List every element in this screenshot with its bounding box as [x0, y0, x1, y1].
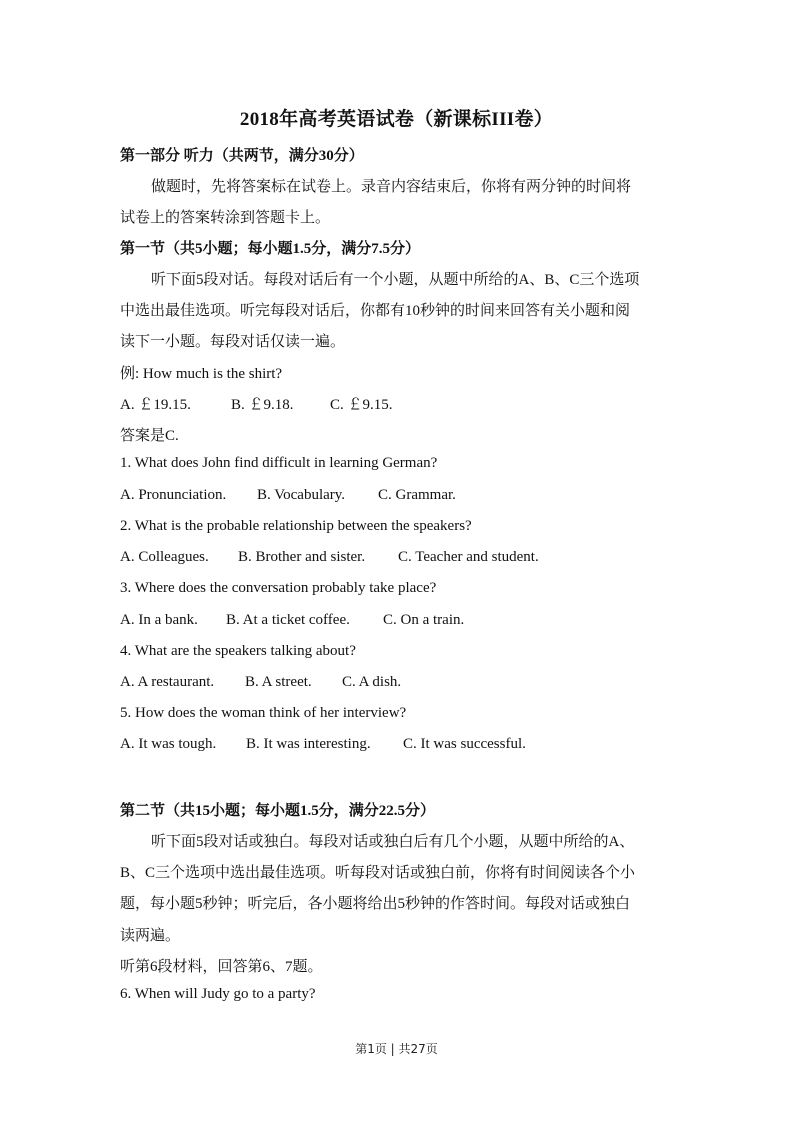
option-b: B. Vocabulary. [257, 487, 378, 504]
option-c: C. Teacher and student. [398, 549, 539, 566]
question-5-options: A. It was tough.B. It was interesting.C.… [120, 736, 526, 753]
document-title: 2018年高考英语试卷（新课标III卷） [0, 104, 793, 131]
question-6: 6. When will Judy go to a party? [120, 986, 316, 1003]
section1-intro-line3: 读下一小题。每段对话仅读一遍。 [120, 330, 345, 351]
option-a: A. In a bank. [120, 612, 226, 629]
section1-intro-line2: 中选出最佳选项。听完每段对话后，你都有10秒钟的时间来回答有关小题和阅 [120, 299, 630, 320]
option-b: B. At a ticket coffee. [226, 612, 383, 629]
section2-intro-line1: 听下面5段对话或独白。每段对话或独白后有几个小题，从题中所给的A、 [151, 830, 634, 851]
option-c: C. It was successful. [403, 736, 526, 753]
example-answer: 答案是C. [120, 424, 179, 445]
section2-intro-line2: B、C三个选项中选出最佳选项。听每段对话或独白前，你将有时间阅读各个小 [120, 861, 635, 882]
option-b: B. A street. [245, 674, 342, 691]
option-a: A. Pronunciation. [120, 487, 257, 504]
option-c: C. ￡9.15. [330, 393, 393, 414]
option-a: A. A restaurant. [120, 674, 245, 691]
material-instruction: 听第6段材料，回答第6、7题。 [120, 955, 323, 976]
page-footer: 第1页 | 共27页 [0, 1040, 793, 1057]
document-page: 2018年高考英语试卷（新课标III卷） 第一部分 听力（共两节，满分30分） … [0, 0, 793, 1122]
option-c: C. On a train. [383, 612, 464, 629]
option-b: B. Brother and sister. [238, 549, 398, 566]
example-options: A. ￡19.15.B. ￡9.18.C. ￡9.15. [120, 393, 393, 414]
question-2-options: A. Colleagues.B. Brother and sister.C. T… [120, 549, 539, 566]
option-b: B. It was interesting. [246, 736, 403, 753]
question-1-options: A. Pronunciation.B. Vocabulary.C. Gramma… [120, 487, 456, 504]
example-question: 例: How much is the shirt? [120, 362, 282, 383]
option-a: A. Colleagues. [120, 549, 238, 566]
section2-intro-line3: 题，每小题5秒钟；听完后，各小题将给出5秒钟的作答时间。每段对话或独白 [120, 892, 630, 913]
option-c: C. A dish. [342, 674, 401, 691]
question-4: 4. What are the speakers talking about? [120, 643, 356, 660]
option-a: A. It was tough. [120, 736, 246, 753]
part1-heading: 第一部分 听力（共两节，满分30分） [120, 144, 364, 165]
question-3-options: A. In a bank.B. At a ticket coffee.C. On… [120, 612, 464, 629]
question-2: 2. What is the probable relationship bet… [120, 518, 472, 535]
section1-heading: 第一节（共5小题；每小题1.5分，满分7.5分） [120, 237, 420, 258]
question-3: 3. Where does the conversation probably … [120, 580, 436, 597]
part1-intro-line1: 做题时，先将答案标在试卷上。录音内容结束后，你将有两分钟的时间将 [151, 175, 631, 196]
option-c: C. Grammar. [378, 487, 456, 504]
section2-intro-line4: 读两遍。 [120, 924, 180, 945]
option-b: B. ￡9.18. [231, 393, 330, 414]
question-5: 5. How does the woman think of her inter… [120, 705, 406, 722]
section2-heading: 第二节（共15小题；每小题1.5分，满分22.5分） [120, 799, 435, 820]
question-1: 1. What does John find difficult in lear… [120, 455, 437, 472]
part1-intro-line2: 试卷上的答案转涂到答题卡上。 [120, 206, 330, 227]
option-a: A. ￡19.15. [120, 393, 231, 414]
question-4-options: A. A restaurant.B. A street.C. A dish. [120, 674, 401, 691]
section1-intro-line1: 听下面5段对话。每段对话后有一个小题，从题中所给的A、B、C三个选项 [151, 268, 639, 289]
